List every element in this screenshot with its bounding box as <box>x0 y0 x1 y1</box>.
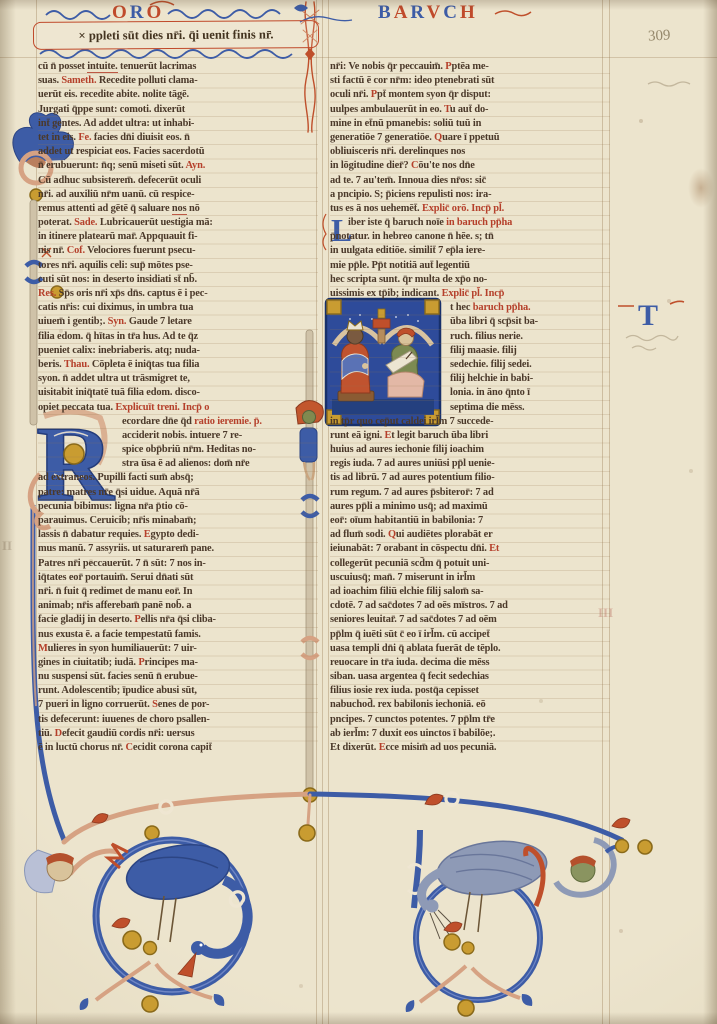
text-line: cuti sūt nos: in deserto insidiati st̄ n… <box>38 273 318 287</box>
green-head-ornament <box>556 840 629 895</box>
folio-number: 309 <box>648 27 671 45</box>
text-line: stra ūsa ē ad alienos: dom̄ nr̄e <box>38 457 318 471</box>
text-line: mie pp̄le. Pp̄t notitiā aut̄ legentiū <box>330 259 610 273</box>
text-line: seniores leuitar̄. 7 ad sac̄dotes 7 ad o… <box>330 613 610 627</box>
text-line: in lōgitudine dier̄? Cōu'te nos dn̄e <box>330 159 610 173</box>
text-line: uscuiusq̄; man̄. 7 miserunt in irl̄m <box>330 571 610 585</box>
human-head-ornament <box>25 850 75 893</box>
text-line: filij maasie. filij <box>330 344 610 358</box>
text-line: in itinere platearū mar̄. Appquauit fi- <box>38 230 318 244</box>
text-line: nus exusta ē. a facie tempestatū famis. <box>38 628 318 642</box>
text-line: oculi nr̄i. Ppt̄ montem syon q̄r disput: <box>330 88 610 102</box>
text-line: ab ierl̄m: 7 duxit eos uinctos ī babilōe… <box>330 727 610 741</box>
text-line: mine in et̄nū pmanebis: soliū tuū in <box>330 117 610 131</box>
text-line: reuocare in tr̄a iuda. decima die mēss <box>330 656 610 670</box>
blue-crane-bird <box>108 837 248 977</box>
text-line: uiuem̄ i gentib;. Syn. Gaude 7 letare <box>38 315 318 329</box>
text-line: tet in eis. Fe. facies dn̄i diuisit eos.… <box>38 131 318 145</box>
page-edge <box>703 0 717 1024</box>
running-head-letter: A <box>394 2 411 23</box>
text-line: nabuchod̄. rex babilonis iechoniā. eō <box>330 698 610 712</box>
text-line: uerūt eis. recedite abite. nolite tāgē. <box>38 88 318 102</box>
text-line: ruch. filius nerie. <box>330 330 610 344</box>
text-line: uulpes ambulauerūt in eo. Tu aut̄ do- <box>330 103 610 117</box>
text-line: ecordare dn̄e q̄d ratio ieremie. p̄. <box>38 415 318 429</box>
running-head-letter: C <box>443 2 460 23</box>
text-line: eor̄: oīum habitantiū in babilonia: 7 <box>330 514 610 528</box>
text-line: ad ioachim filiū elchie filij salom̄ sa- <box>330 585 610 599</box>
text-line: syon. n̄ addet ultra ut trāsmigret te, <box>38 372 318 386</box>
text-line: collegerūt pecuniā scd̄m q̄ potuit uni- <box>330 557 610 571</box>
text-line: Et dixerūt. Ecce misim̄ ad uos pecuniā. <box>330 741 610 755</box>
text-line: acciderit nobis. intuere 7 re- <box>38 429 318 443</box>
text-line: sti factū ē cor nr̄m: ideo ptenebrati sū… <box>330 74 610 88</box>
text-line: cdotē. 7 ad sac̄dotes 7 ad oēs mīstros. … <box>330 599 610 613</box>
parchment-specks <box>0 0 2 2</box>
text-line: ieiunabāt: 7 orabant in cōspectu dn̄i. E… <box>330 542 610 556</box>
text-line: 7 pueri in ligno corruerūt. Senes de por… <box>38 698 318 712</box>
text-line: beris. Thau. Cōpleta ē iniq̄tas tua fili… <box>38 358 318 372</box>
right-bird-ornament <box>406 830 629 1016</box>
running-head-letter: B <box>378 2 394 23</box>
text-line: nis nr̄. Cof. Velociores fuerunt psecu- <box>38 244 318 258</box>
text-line: septima die mēss. <box>330 401 610 415</box>
text-line: ad flum̄ sodi. Qui audiētes plorabāt er <box>330 528 610 542</box>
text-line: Cū adhuc subsisterem̄. defecerūt oculi <box>38 174 318 188</box>
text-line: patre: matres nr̄e q̄si uidue. Aquā nr̄ā <box>38 486 318 500</box>
text-line: iber iste q̄ baruch noīe in baruch pp̄ha <box>330 216 610 230</box>
text-line: animab; nr̄is afferebam̄ panē nob̄. a <box>38 599 318 613</box>
page-edge <box>0 0 16 1024</box>
text-line: pecunia bibimus: ligna nr̄a p̄tio cō- <box>38 500 318 514</box>
text-line: nr̄i. n̄ fuit q̄ redimet de manu eor̄. I… <box>38 585 318 599</box>
text-column-left: cū n̄ posset intuite. tenuerūt lacrimass… <box>38 60 318 755</box>
text-line: aures pp̄li a minimo usq̄; ad maximū <box>330 500 610 514</box>
running-head-letter: H <box>460 2 478 23</box>
faint-annotations <box>626 82 690 350</box>
text-line: pp̄lm q̄ iuēti sūt c̄ eo ī irl̄m. cū acc… <box>330 628 610 642</box>
text-line: filius iosie rex iuda. postq̄a cepisset <box>330 684 610 698</box>
text-line: generatiōe 7 generatiōe. Quare ī ppetuū <box>330 131 610 145</box>
text-line: opiet peccata tua. Explicuīt treni. Incp… <box>38 401 318 415</box>
text-line: nr̄i: Ve nobis q̄r peccauim̄. Pptēa me- <box>330 60 610 74</box>
text-line: ad extraneos. Pupilli facti sum̄ absq̄; <box>38 471 318 485</box>
parchment-stain <box>688 168 714 208</box>
text-line: poterat. Sade. Lubricauerūt uestigia mā: <box>38 216 318 230</box>
gray-heron-bird <box>422 835 550 939</box>
text-line: filij helchie in babi- <box>330 372 610 386</box>
text-line: tores nr̄i. aquilis celi: sup̄ mōtes pse… <box>38 259 318 273</box>
text-line: spice obp̄briū nr̄m. Heditas no- <box>38 443 318 457</box>
header-box: × ppleti sūt dies nr̄i. q̄i uenit finis … <box>33 20 319 50</box>
text-line: siban. uasa argentea q̄ fecit sedechias <box>330 670 610 684</box>
text-line: gines in ciuitatib; iudā. Principes ma- <box>38 656 318 670</box>
text-line: n̄ erubuerunt: n̄q; senū miseti sūt. Ayn… <box>38 159 318 173</box>
text-line: ad te. 7 au'tem̄. Innoua dies nr̄os: sic… <box>330 174 610 188</box>
running-head-letter: R <box>410 2 426 23</box>
ruling-line <box>322 0 323 1024</box>
text-line: a pncipio. S; p̄iciens repulisti nos: ir… <box>330 188 610 202</box>
header-box-text: × ppleti sūt dies nr̄i. q̄i uenit finis … <box>78 27 273 43</box>
text-line: tus es ā nos uehemēt̄. Explic̄ orō. Incp… <box>330 202 610 216</box>
text-line: lassis n̄ dabatur requies. Egypto dedi- <box>38 528 318 542</box>
text-line: nr̄i. ad auxiliū nr̄m uanū. cū respice- <box>38 188 318 202</box>
text-line: lonia. in āno q̄nto ī <box>330 386 610 400</box>
manuscript-page: T <box>0 0 717 1024</box>
text-line: parauimus. Ceruicib; nr̄is minabam̄; <box>38 514 318 528</box>
left-bird-ornament <box>25 837 249 1012</box>
text-line: iq̄tates eor̄ portauim̄. Serui dn̄ati sū… <box>38 571 318 585</box>
text-line: t hec baruch pp̄ha. <box>330 301 610 315</box>
text-line: cū n̄ posset intuite. tenuerūt lacrimas <box>38 60 318 74</box>
text-line: int̄ gentes. Ad addet ultra: ut inhabi- <box>38 117 318 131</box>
text-line: addet ut respiciat eos. Facies sacerdotū <box>38 145 318 159</box>
text-line: huius ad aures iechonie filij ioachim <box>330 443 610 457</box>
text-line: regis iuda. 7 ad aures uniūsi pp̄l uenie… <box>330 457 610 471</box>
ruling-line <box>328 0 329 1024</box>
running-head-letter: O <box>112 2 130 23</box>
text-line: Patres nr̄i peccauerūt. 7 n̄ sūt: 7 nos … <box>38 557 318 571</box>
text-line: obliuisceris nr̄i. derelinques nos <box>330 145 610 159</box>
text-line: Res. Sp̄s oris nr̄i xp̄s dn̄s. captus ē … <box>38 287 318 301</box>
ruling-line <box>36 0 37 1024</box>
text-line: p̄notatur. in hebreo canone n̄ hēe. s; t… <box>330 230 610 244</box>
text-column-right: nr̄i: Ve nobis q̄r peccauim̄. Pptēa me-s… <box>330 60 610 755</box>
text-line: uisitabit iniq̄tatē tuā filia edom. disc… <box>38 386 318 400</box>
text-line: hec scripta sunt. q̄r multa de xp̄o no- <box>330 273 610 287</box>
ruling-line <box>0 57 717 58</box>
text-line: in tp̄r quo cep̄ut caldei irl̄m 7 succed… <box>330 415 610 429</box>
text-line: Mulieres in syon humiliauerūt: 7 uir- <box>38 642 318 656</box>
text-line: tis ad librū. 7 ad aures potentium filio… <box>330 471 610 485</box>
paraph-t-mark: T <box>618 299 684 332</box>
paraph-letter: T <box>638 299 658 332</box>
margin-numeral-left: II <box>2 538 12 554</box>
text-line: ē in luctū chorus nr̄. Cecidit corona ca… <box>38 741 318 755</box>
text-line: sedechie. filij sedei. <box>330 358 610 372</box>
bottom-border-vine <box>64 793 652 854</box>
text-line: tis defecerunt: iuuenes de choro psallen… <box>38 713 318 727</box>
text-line: runt. Adolescentib; īpudice abusi sūt, <box>38 684 318 698</box>
text-line: suas. Sameth. Recedite polluti clama- <box>38 74 318 88</box>
running-head-baruch: BARVCH <box>378 2 478 24</box>
text-line: Jurgati q̄ppe sunt: comoti. dixerūt <box>38 103 318 117</box>
text-line: nu suspensi sūt. facies senū n̄ erubue- <box>38 670 318 684</box>
text-line: in uulgata editiōe. similit̄ 7 ep̄la ier… <box>330 244 610 258</box>
text-line: uissimis ex tp̄ib; indicant. Explic̄ pl̄… <box>330 287 610 301</box>
text-line: pueniet calix: inebriaberis. atq; nuda- <box>38 344 318 358</box>
text-line: remus attenti ad gētē q̄ saluare nos nō <box>38 202 318 216</box>
text-line: tiū. Defecit gaudiū cordis nr̄i: uersus <box>38 727 318 741</box>
text-line: rum regum. 7 ad aures p̄sbiteror̄: 7 ad <box>330 486 610 500</box>
text-line: uasa templi dn̄i q̄ ablata fuerāt de tēp… <box>330 642 610 656</box>
text-line: facie gladij in deserto. Pellis nr̄a q̄s… <box>38 613 318 627</box>
text-line: ūba libri q̄ scp̄sit ba- <box>330 315 610 329</box>
text-line: pncipes. 7 cunctos potentes. 7 pp̄lm tr̄… <box>330 713 610 727</box>
text-line: mus manū. 7 assyriis. ut saturarem̄ pane… <box>38 542 318 556</box>
running-head-letter: O <box>147 2 165 23</box>
running-head-letter: R <box>130 2 147 23</box>
text-line: filia edom. q̄ hītas in tr̄a hus. Ad te … <box>38 330 318 344</box>
text-line: runt eā igni. Et legit baruch ūba libri <box>330 429 610 443</box>
text-line: catis nr̄is: cui diximus, in umbra tua <box>38 301 318 315</box>
running-head-letter: V <box>426 2 443 23</box>
